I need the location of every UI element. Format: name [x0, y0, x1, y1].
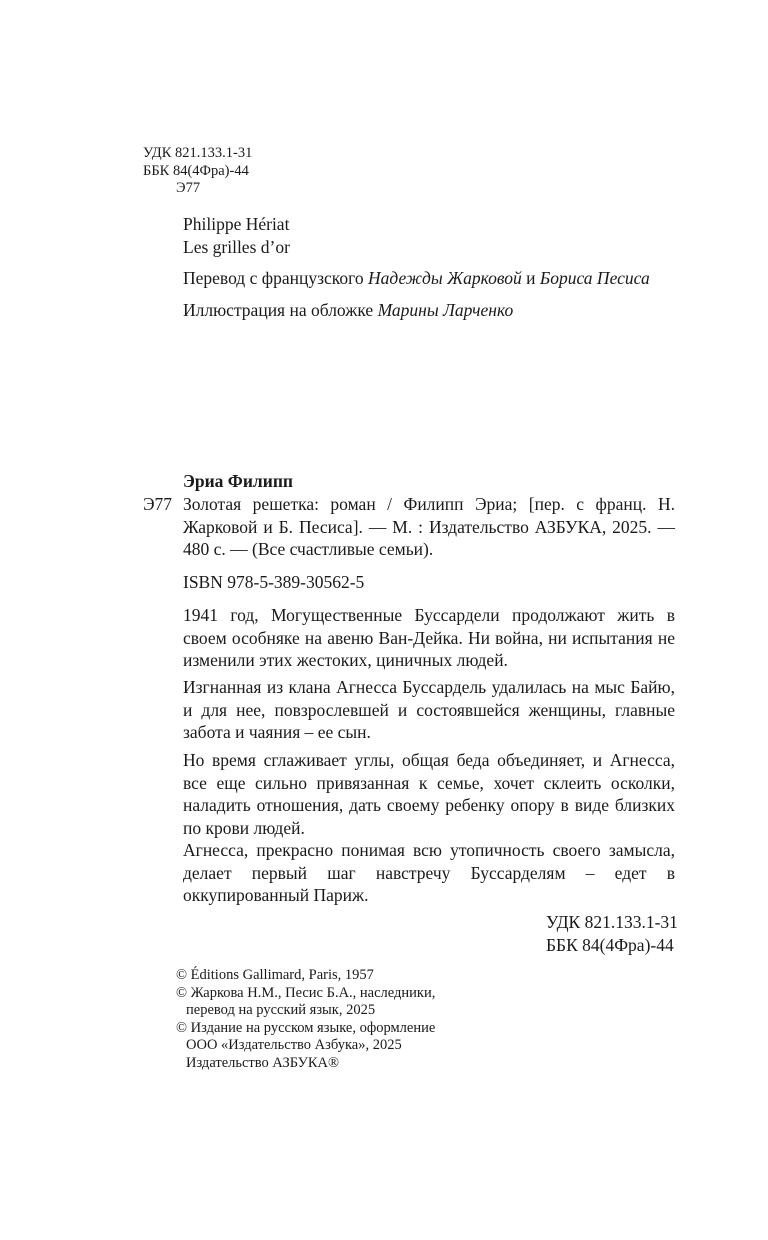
copyright-block: © Éditions Gallimard, Paris, 1957 © Жарк…: [176, 967, 435, 1072]
illustration-prefix: Иллюстрация на обложке: [183, 300, 378, 320]
copyright-line: © Éditions Gallimard, Paris, 1957: [176, 967, 435, 985]
bib-author-heading: Эриа Филипп: [183, 470, 293, 493]
illustration-credit: Иллюстрация на обложке Марины Ларченко: [183, 299, 513, 322]
bib-author-mark: Э77: [143, 493, 172, 516]
original-edition: Philippe Hériat Les grilles d’or: [183, 213, 290, 258]
copyright-line: Издательство АЗБУКА®: [176, 1055, 435, 1073]
copyright-line: ООО «Издательство Азбука», 2025: [176, 1037, 435, 1055]
bib-description: Золотая решетка: роман / Филипп Эриа; [п…: [183, 493, 675, 561]
annotation-paragraph: Агнесса, прекрасно понимая всю утопичнос…: [183, 839, 675, 907]
udk-code: УДК 821.133.1-31: [546, 911, 678, 934]
translator-2: Бориса Песиса: [540, 268, 650, 288]
bbk-code: ББК 84(4Фра)-44: [546, 934, 678, 957]
translation-credit: Перевод с французского Надежды Жарковой …: [183, 267, 650, 290]
illustrator: Марины Ларченко: [378, 300, 514, 320]
author-mark: Э77: [143, 180, 252, 198]
udk-code: УДК 821.133.1-31: [143, 145, 252, 163]
classification-codes-top: УДК 821.133.1-31 ББК 84(4Фра)-44 Э77: [143, 145, 252, 198]
translation-and: и: [522, 268, 540, 288]
bbk-code: ББК 84(4Фра)-44: [143, 163, 252, 181]
translation-prefix: Перевод с французского: [183, 268, 368, 288]
copyright-line: © Издание на русском языке, оформление: [176, 1020, 435, 1038]
original-author: Philippe Hériat: [183, 213, 290, 236]
annotation-paragraph: 1941 год, Могущественные Буссардели прод…: [183, 604, 675, 672]
copyright-line: перевод на русский язык, 2025: [176, 1002, 435, 1020]
copyright-line: © Жаркова Н.М., Песис Б.А., наследники,: [176, 985, 435, 1003]
translator-1: Надежды Жарковой: [368, 268, 522, 288]
isbn: ISBN 978-5-389-30562-5: [183, 571, 364, 594]
original-title: Les grilles d’or: [183, 236, 290, 259]
annotation-paragraph: Но время сглаживает углы, общая беда объ…: [183, 749, 675, 839]
annotation-paragraph: Изгнанная из клана Агнесса Буссардель уд…: [183, 676, 675, 744]
classification-codes-bottom: УДК 821.133.1-31 ББК 84(4Фра)-44: [546, 911, 678, 956]
